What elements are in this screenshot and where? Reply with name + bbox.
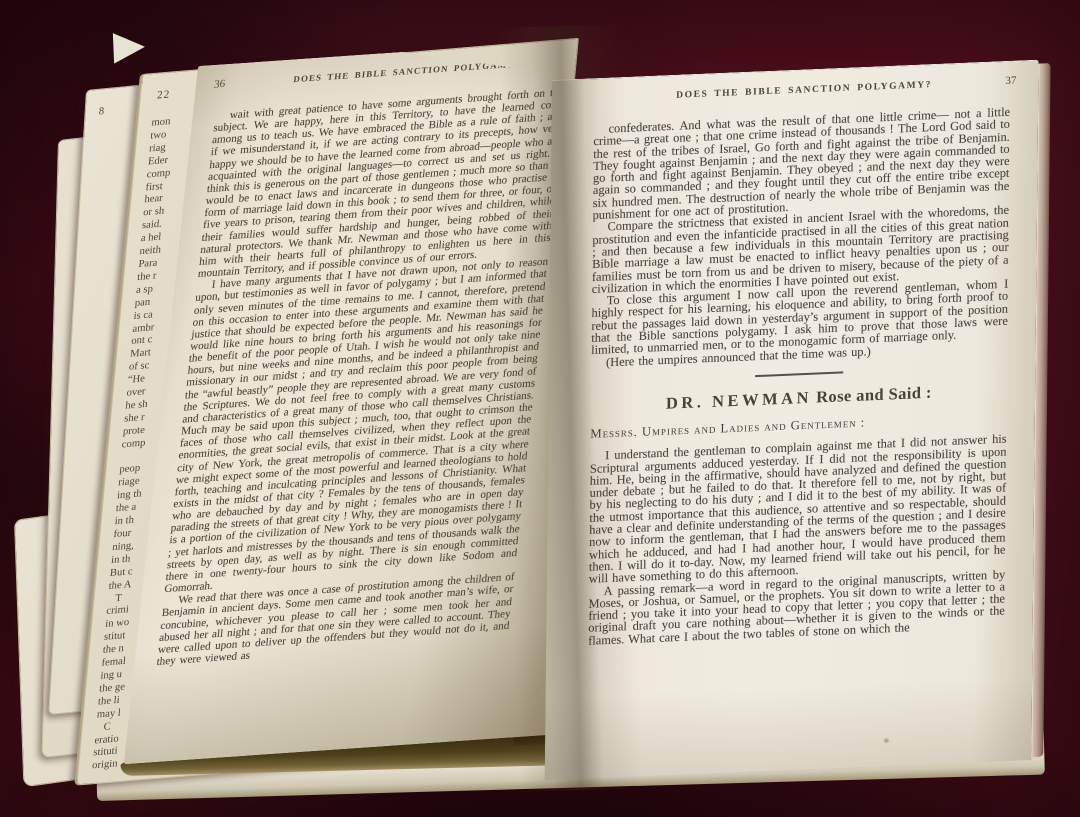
speech-opening-paragraphs: I understand the gentleman to complain a… bbox=[588, 433, 1007, 647]
paragraph: I understand the gentleman to complain a… bbox=[589, 433, 1007, 586]
heading-rest: Rose and Said : bbox=[816, 383, 932, 407]
speaker-name: DR. NEWMAN bbox=[666, 388, 812, 413]
running-header: DOES THE BIBLE SANCTION POLYGAMY? bbox=[622, 78, 987, 103]
page-number: 8 bbox=[98, 106, 105, 118]
section-divider bbox=[755, 371, 843, 377]
paper-spot bbox=[883, 738, 889, 743]
page-number: 36 bbox=[213, 77, 245, 91]
photo-backdrop: 8 22 montworiagEdercompfirsthearor shsai… bbox=[0, 0, 1080, 817]
paragraph: wait with great patience to have some ar… bbox=[197, 86, 566, 280]
dr-newman-heading: DR. NEWMAN Rose and Said : bbox=[591, 379, 1008, 416]
page-number: 37 bbox=[986, 75, 1016, 88]
page-number: 22 bbox=[157, 88, 171, 101]
speech-closing-paragraphs: confederates. And what was the result of… bbox=[591, 106, 1010, 369]
right-page-header: DOES THE BIBLE SANCTION POLYGAMY? 37 bbox=[592, 75, 1017, 105]
right-page: DOES THE BIBLE SANCTION POLYGAMY? 37 con… bbox=[545, 60, 1039, 781]
paragraph: I have many arguments that I have not dr… bbox=[164, 256, 549, 596]
left-page-text: wait with great patience to have some ar… bbox=[156, 86, 567, 668]
right-page-text: confederates. And what was the result of… bbox=[588, 106, 1010, 647]
paragraph: confederates. And what was the result of… bbox=[593, 106, 1011, 222]
